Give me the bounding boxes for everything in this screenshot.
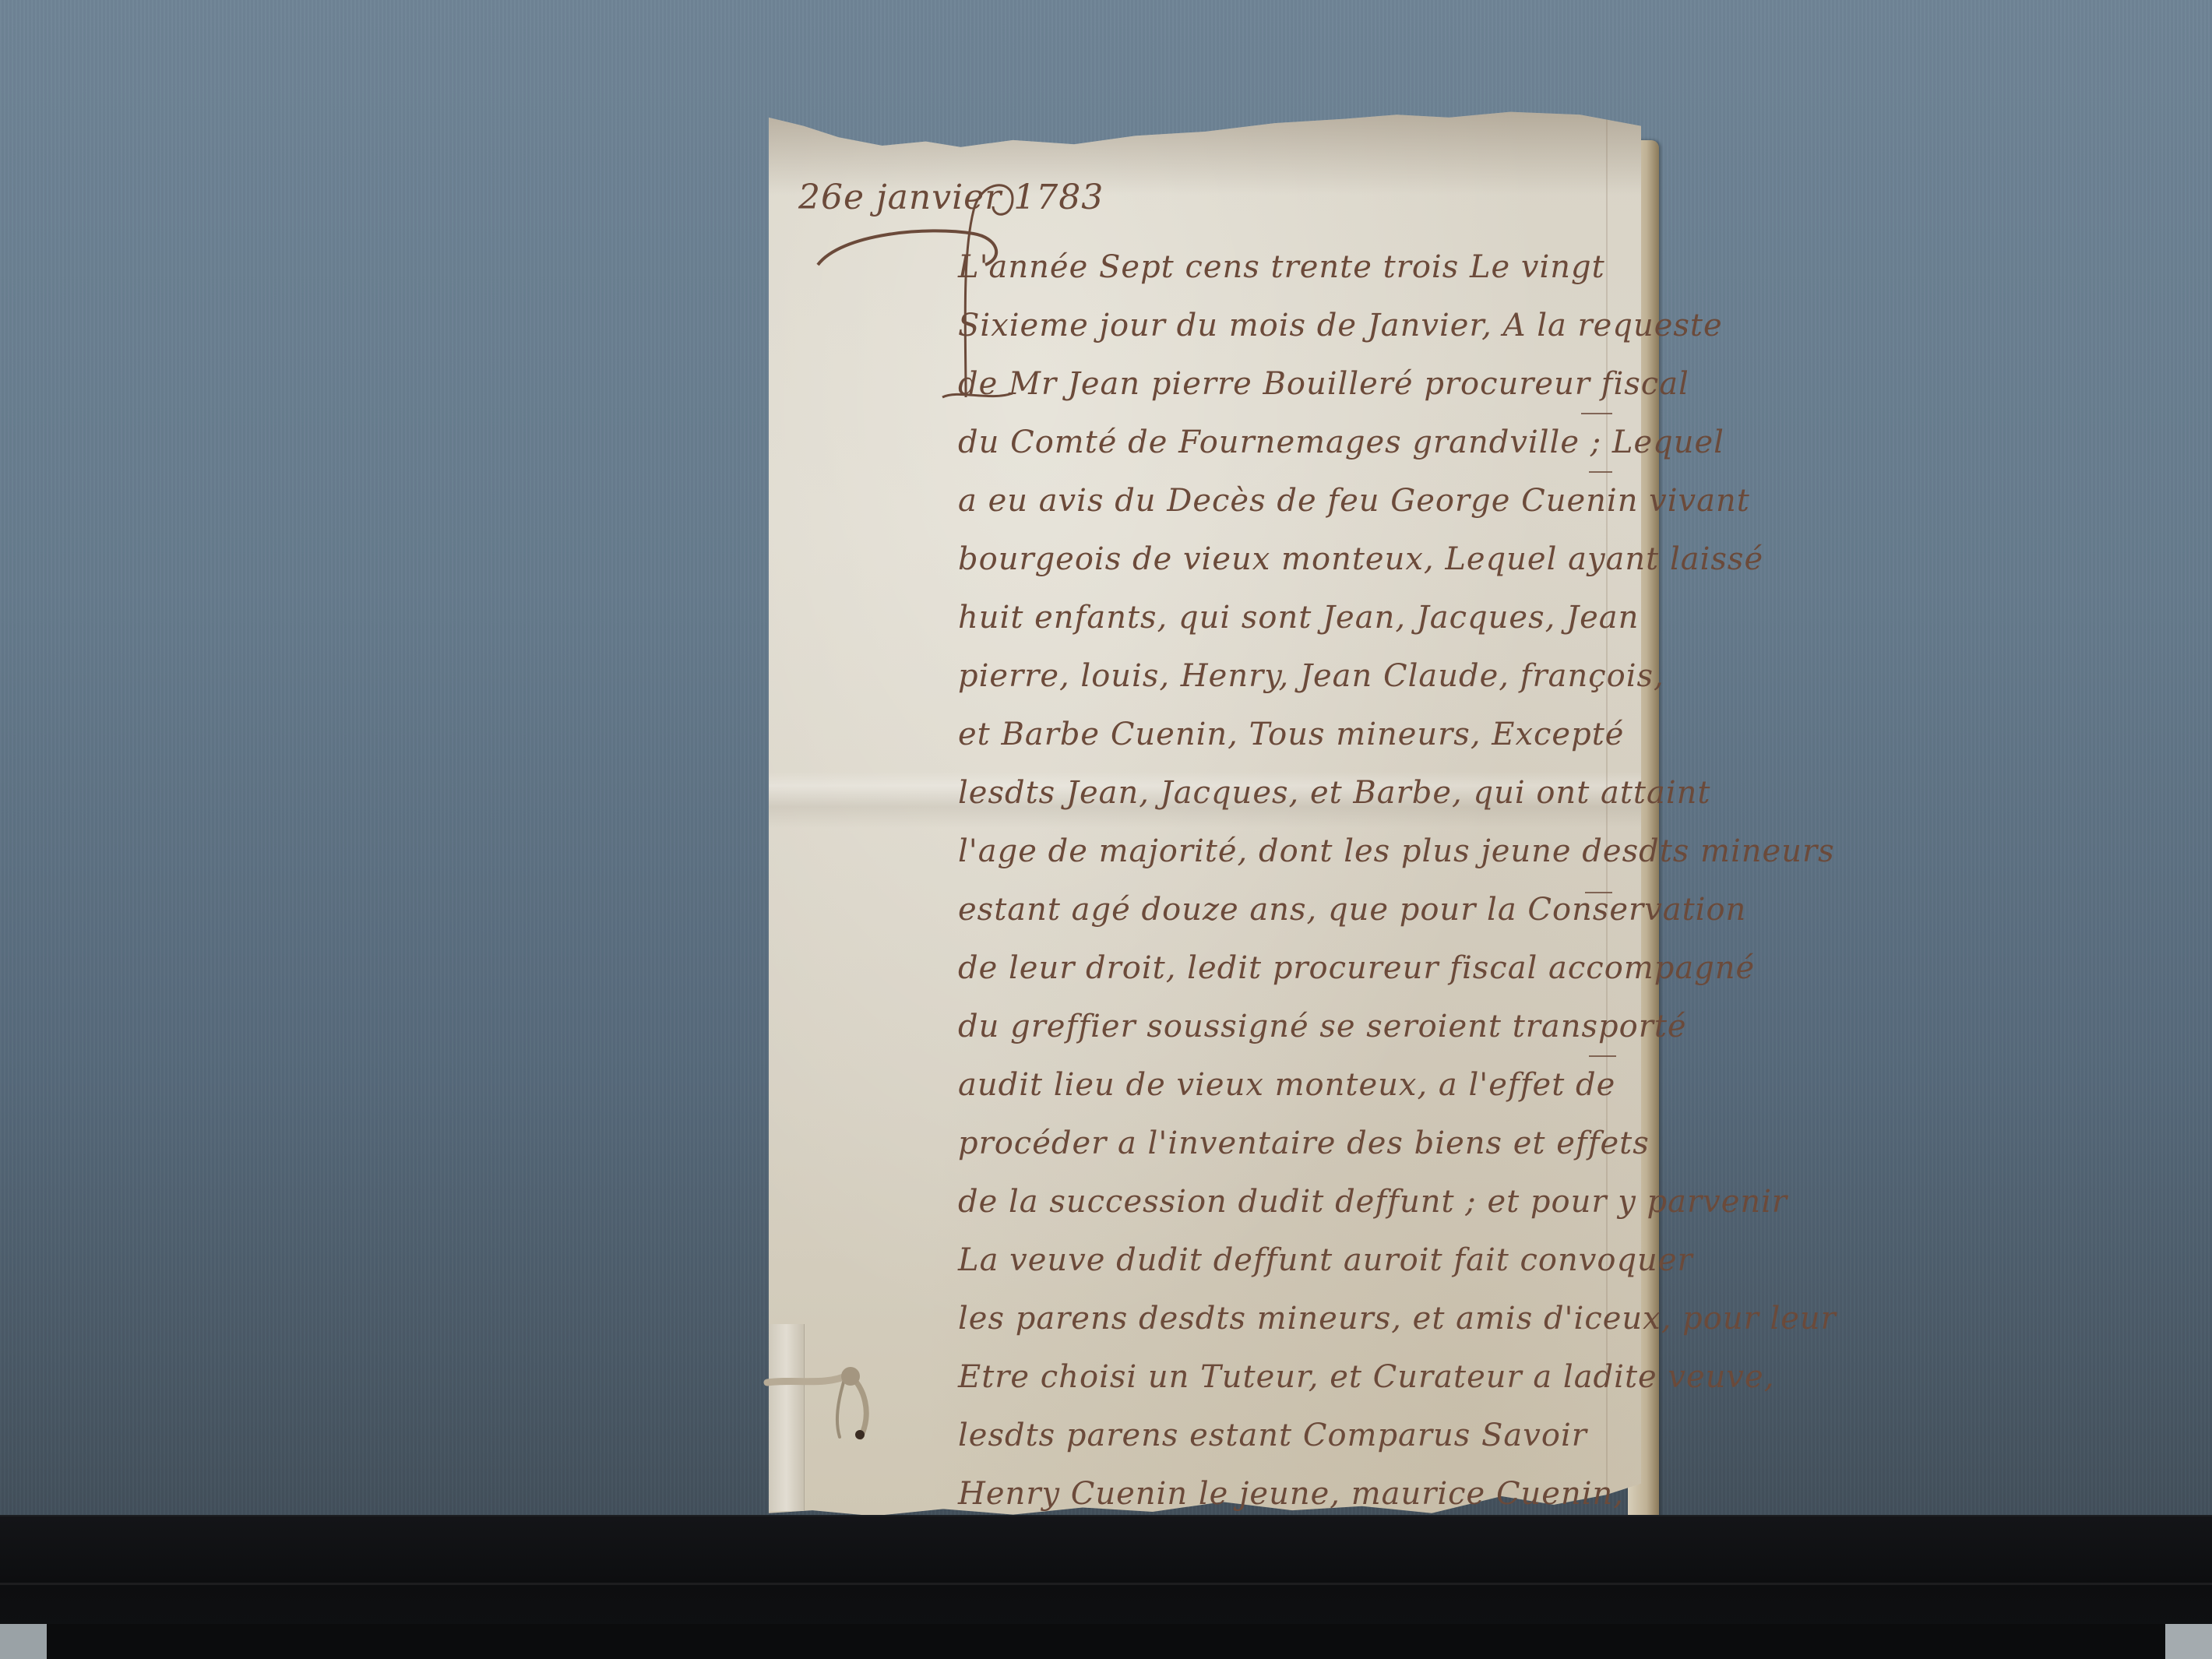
shelf-base [0, 1624, 2212, 1659]
line-end-dash [1589, 471, 1612, 473]
manuscript-line: Henry Cuenin le jeune, maurice Cuenin, [958, 1476, 1624, 1512]
manuscript-line: de leur droit, ledit procureur fiscal ac… [958, 950, 1755, 986]
manuscript-line: estant agé douze ans, que pour la Conser… [958, 892, 1746, 928]
manuscript-line: pierre, louis, Henry, Jean Claude, franç… [958, 658, 1664, 694]
binding-string-icon [763, 1340, 919, 1441]
line-end-dash [1585, 892, 1612, 893]
manuscript-line: bourgeois de vieux monteux, Lequel ayant… [958, 541, 1763, 577]
manuscript-line: a eu avis du Decès de feu George Cuenin … [958, 483, 1750, 519]
manuscript-line: les parens desdts mineurs, et amis d'ice… [958, 1301, 1837, 1337]
manuscript-line: huit enfants, qui sont Jean, Jacques, Je… [958, 600, 1639, 636]
shelf-edge [0, 1583, 2212, 1585]
line-end-dash [1589, 1055, 1616, 1057]
manuscript-line: l'age de majorité, dont les plus jeune d… [958, 833, 1835, 869]
manuscript-line: procéder a l'inventaire des biens et eff… [958, 1125, 1650, 1161]
manuscript-line: lesdts Jean, Jacques, et Barbe, qui ont … [958, 775, 1710, 811]
manuscript-line: et Barbe Cuenin, Tous mineurs, Excepté [958, 717, 1624, 752]
line-end-dash [1581, 413, 1612, 414]
manuscript-line: La veuve dudit deffunt auroit fait convo… [958, 1242, 1693, 1278]
manuscript-line: de la succession dudit deffunt ; et pour… [958, 1184, 1788, 1220]
manuscript-line: Sixieme jour du mois de Janvier, A la re… [958, 308, 1723, 343]
manuscript-line: lesdts parens estant Comparus Savoir [958, 1418, 1587, 1453]
manuscript-line: audit lieu de vieux monteux, a l'effet d… [958, 1067, 1615, 1103]
manuscript-line: du Comté de Fournemages grandville ; Leq… [958, 424, 1724, 460]
manuscript-line: de Mr Jean pierre Bouilleré procureur fi… [958, 366, 1689, 402]
manuscript-line: Etre choisi un Tuteur, et Curateur a lad… [958, 1359, 1774, 1395]
manuscript-line: du greffier soussigné se seroient transp… [958, 1009, 1687, 1044]
manuscript-line: L'année Sept cens trente trois Le vingt [958, 249, 1605, 285]
